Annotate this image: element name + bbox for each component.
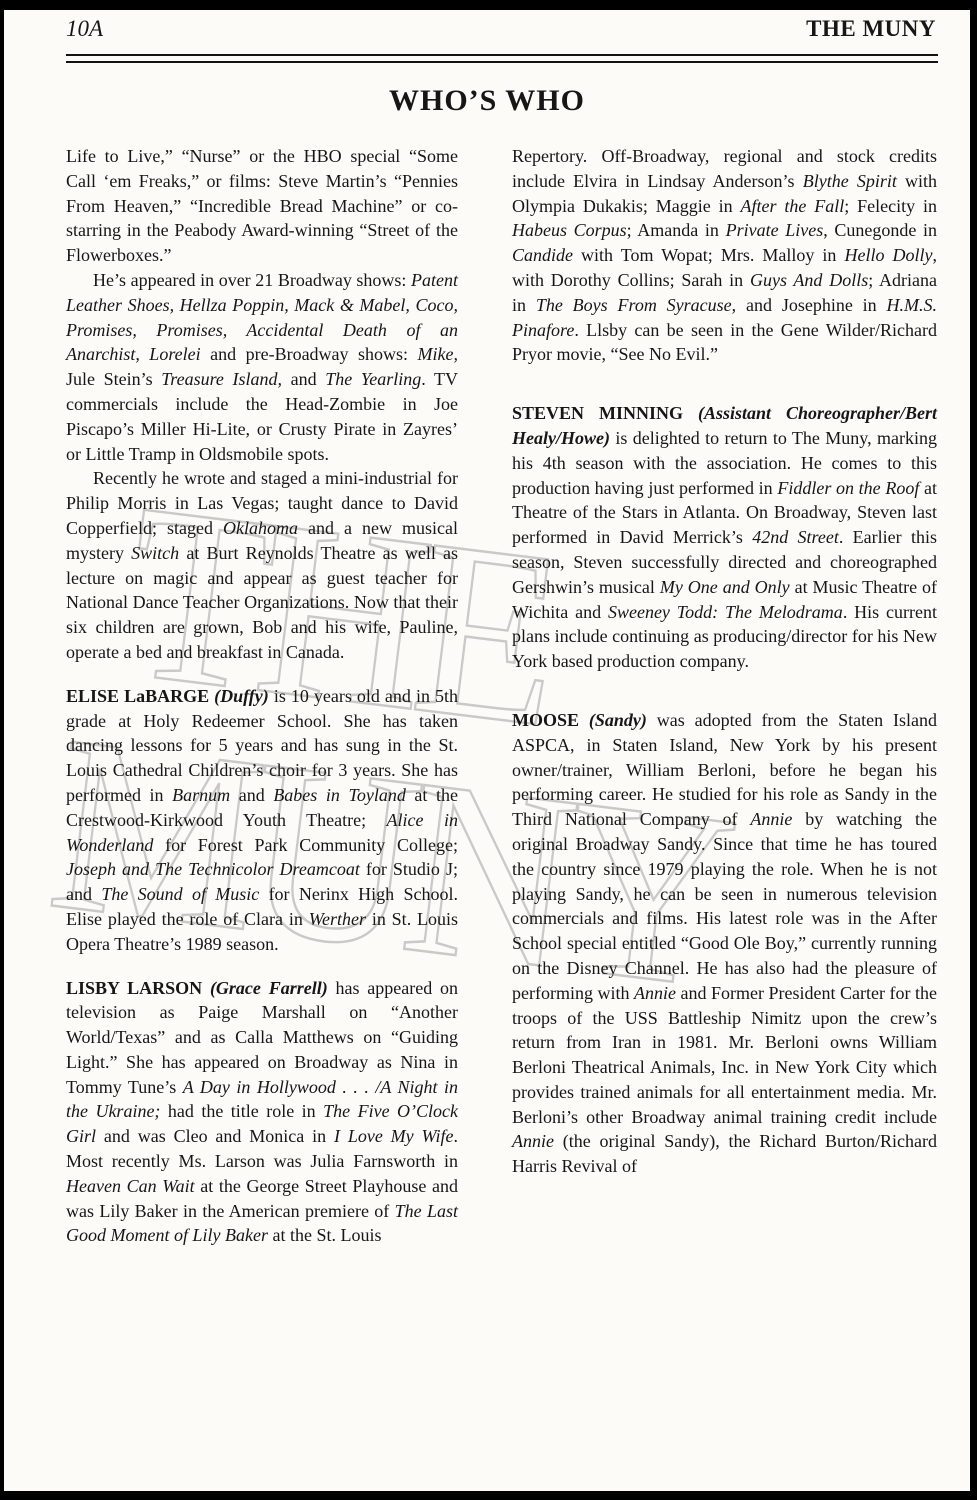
body-content: Life to Live,” “Nurse” or the HBO specia… [66, 144, 937, 1248]
text-segment: The Sound of Music [101, 884, 259, 904]
text-segment: Fiddler on the Roof [777, 478, 919, 498]
publication-name: THE MUNY [806, 16, 936, 42]
text-segment: The Yearling [325, 369, 421, 389]
text-segment: (Duffy) [214, 686, 269, 706]
text-segment: MOOSE [512, 710, 589, 730]
text-segment: Joseph and The Technicolor Dreamcoat [66, 859, 360, 879]
page-number: 10A [66, 16, 103, 42]
text-segment: 42nd Street [752, 527, 839, 547]
text-segment: Babes in Toyland [273, 785, 406, 805]
program-page: 10A THE MUNY WHO’S WHO THE MUNY Life to … [0, 0, 977, 1500]
text-segment: The Boys From Syracuse [536, 295, 732, 315]
text-segment: at the St. Louis [268, 1225, 382, 1245]
text-segment: . Llsby can be seen in the Gene Wilder/R… [512, 320, 937, 365]
text-segment: (Sandy) [589, 710, 647, 730]
text-segment: and Former President Carter for the troo… [512, 983, 937, 1127]
header-rule [66, 61, 938, 63]
body-paragraph: He’s appeared in over 21 Broadway shows:… [66, 268, 458, 466]
text-segment: and was Cleo and Monica in [96, 1126, 334, 1146]
text-segment: for Forest Park Community College; [153, 835, 458, 855]
text-segment: Hello Dolly [844, 245, 932, 265]
text-segment: STEVEN MINNING [512, 403, 698, 423]
text-segment: Life to Live,” “Nurse” or the HBO specia… [66, 146, 458, 265]
text-segment: Sweeney Todd: The Melodrama [608, 602, 843, 622]
body-paragraph: Life to Live,” “Nurse” or the HBO specia… [66, 144, 458, 268]
text-segment: ; Felecity in [844, 196, 937, 216]
text-segment: , and Josephine in [732, 295, 887, 315]
text-segment: Annie [750, 809, 792, 829]
text-column-left: Life to Live,” “Nurse” or the HBO specia… [66, 144, 458, 1248]
text-segment: , Cunegonde in [823, 220, 937, 240]
text-segment: Switch [131, 543, 179, 563]
body-paragraph: Repertory. Off-Broadway, regional and st… [512, 144, 937, 367]
text-segment: Mike, [418, 344, 458, 364]
bio-paragraph: STEVEN MINNING (Assistant Choreographer/… [512, 401, 937, 674]
text-segment: ELISE LaBARGE [66, 686, 214, 706]
text-column-right: Repertory. Off-Broadway, regional and st… [512, 144, 937, 1248]
text-segment: My One and Only [660, 577, 790, 597]
text-segment: and [282, 369, 325, 389]
body-paragraph: Recently he wrote and staged a mini-indu… [66, 466, 458, 664]
bio-paragraph: MOOSE (Sandy) was adopted from the State… [512, 708, 937, 1179]
text-segment: Oklahoma [223, 518, 298, 538]
text-segment: Heaven Can Wait [66, 1176, 195, 1196]
text-segment: Annie [634, 983, 676, 1003]
text-segment: Candide [512, 245, 573, 265]
text-segment: I Love My Wife [334, 1126, 454, 1146]
text-segment: Barnum [172, 785, 230, 805]
bio-paragraph: ELISE LaBARGE (Duffy) is 10 years old an… [66, 684, 458, 957]
bio-paragraph: LISBY LARSON (Grace Farrell) has appeare… [66, 976, 458, 1249]
text-segment: He’s appeared in over 21 Broadway shows: [93, 270, 411, 290]
text-segment: (Grace Farrell) [210, 978, 328, 998]
text-segment: (the original Sandy), the Richard Burton… [512, 1131, 937, 1176]
text-segment: Werther [309, 909, 366, 929]
header-rule-group [66, 54, 938, 68]
text-segment: Treasure Island, [161, 369, 282, 389]
text-segment: Blythe Spirit [803, 171, 897, 191]
text-segment: with Tom Wopat; Mrs. Malloy in [573, 245, 844, 265]
page-header: 10A THE MUNY [66, 16, 936, 42]
header-rule [66, 54, 938, 56]
text-segment: and [230, 785, 273, 805]
text-segment: Guys And Dolls [750, 270, 868, 290]
text-segment: had the title role in [160, 1101, 323, 1121]
text-segment: ; Amanda in [627, 220, 726, 240]
text-segment: Private Lives [726, 220, 824, 240]
text-segment: Jule Stein’s [66, 369, 161, 389]
text-segment: LISBY LARSON [66, 978, 210, 998]
text-segment: by watching the original Broadway Sandy.… [512, 809, 937, 1003]
page-title: WHO’S WHO [4, 84, 970, 118]
text-segment: and pre-Broadway shows: [201, 344, 418, 364]
text-segment: Annie [512, 1131, 554, 1151]
text-segment: After the Fall [741, 196, 845, 216]
text-segment: Habeus Corpus [512, 220, 627, 240]
